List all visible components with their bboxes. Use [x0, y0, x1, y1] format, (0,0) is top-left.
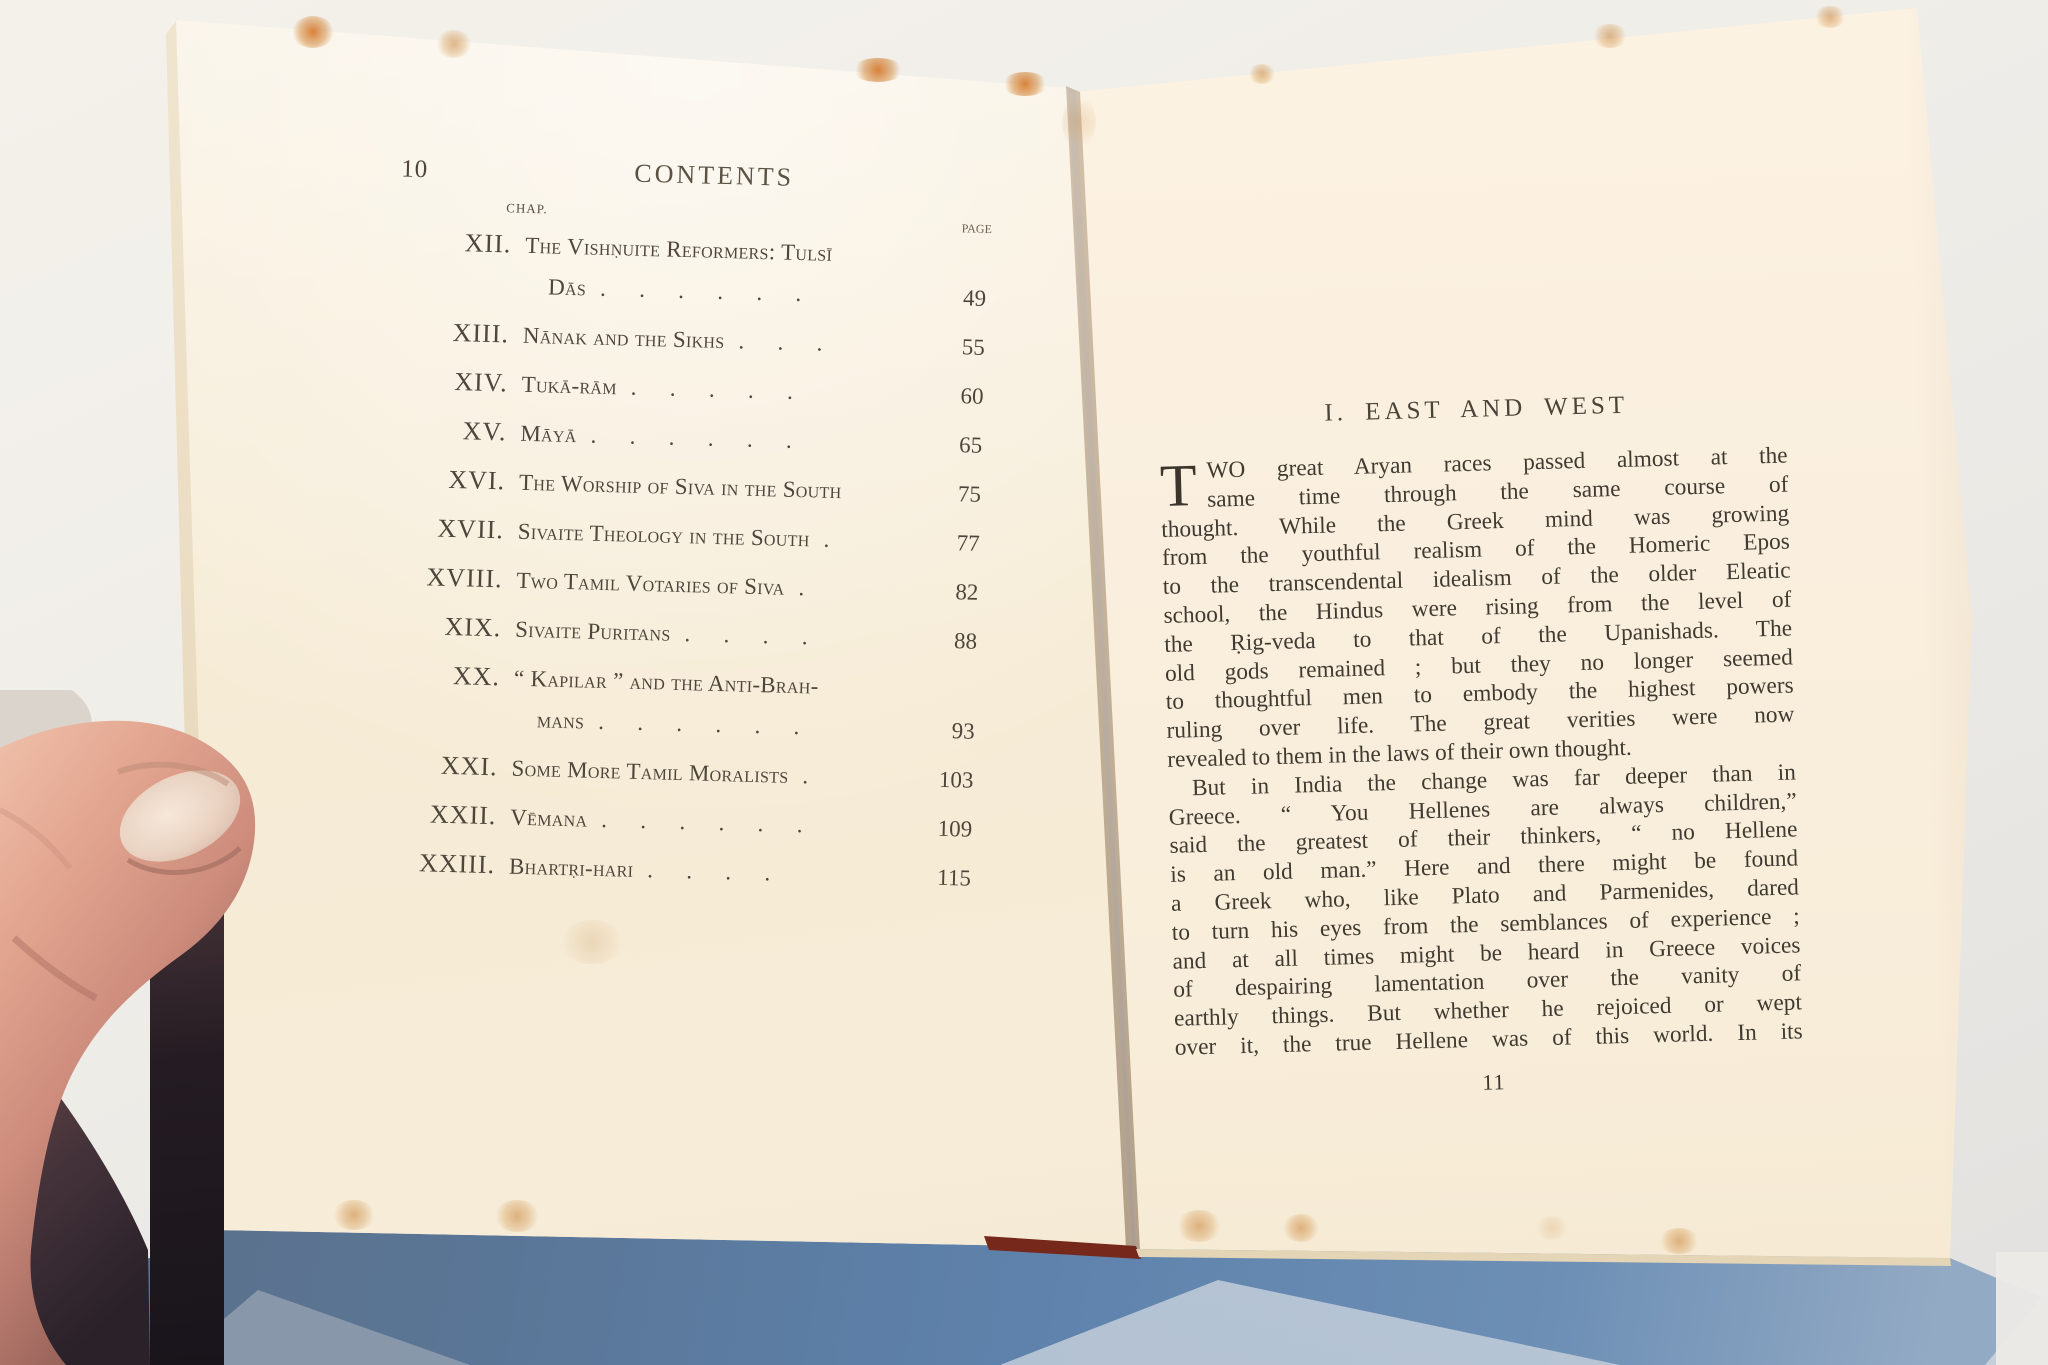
foxing-spot — [292, 16, 334, 48]
foxing-spot — [1592, 24, 1628, 48]
paragraph-2: But in India the change was far deeper t… — [1168, 758, 1803, 1062]
left-page-content: 10 CONTENTS CHAP. PAGE XII. The Vishṇuit… — [169, 138, 1030, 980]
toc-entry-page: 55 — [928, 330, 985, 363]
wall-light-band — [1996, 1252, 2048, 1365]
foxing-spot — [1658, 1228, 1700, 1254]
toc-entry-title: The Vishṇuite Reformers: Tulsī — [525, 230, 932, 273]
toc-dot-leader: . — [809, 526, 830, 552]
toc-entry-page: 103 — [917, 763, 974, 796]
toc-entry-page: 75 — [925, 477, 982, 510]
toc-entry-title: Sivaite Puritans. . . . — [515, 614, 922, 657]
toc-row: XXII. Vēmana. . . . . . 109 — [360, 797, 973, 846]
toc-row: XIV. Tukā-rām. . . . . 60 — [371, 364, 984, 413]
toc-entry-page: 115 — [914, 861, 971, 894]
toc-entry-number: XIX. — [365, 609, 516, 645]
thumb — [0, 690, 290, 1365]
toc-entry-number — [363, 723, 513, 727]
foxing-spot — [1002, 72, 1048, 96]
page-column-label: PAGE — [932, 220, 992, 237]
drop-cap: T — [1159, 457, 1207, 511]
toc-entry-number: XV. — [370, 413, 521, 449]
foxing-spot — [1062, 96, 1096, 148]
toc-dot-leader: . . . . — [633, 857, 771, 886]
toc-dot-leader: . . . . . . — [586, 275, 802, 306]
right-page-content: I. EAST AND WEST T WO great Aryan races … — [1158, 387, 1824, 1103]
toc-entry-title: Vēmana. . . . . . — [510, 802, 917, 845]
toc-entry-page — [920, 696, 976, 697]
toc-entry-number: XII. — [375, 225, 526, 261]
toc-entry-page: 60 — [927, 379, 984, 412]
toc-dot-leader: . . . . . . — [587, 807, 803, 838]
photo-open-book: 10 CONTENTS CHAP. PAGE XII. The Vishṇuit… — [0, 0, 2048, 1365]
toc-row: XII. The Vishṇuite Reformers: Tulsī — [375, 225, 988, 274]
table-of-contents: XII. The Vishṇuite Reformers: Tulsī Dās.… — [358, 225, 987, 911]
toc-row: XIII. Nānak and the Sikhs. . . 55 — [373, 315, 986, 364]
toc-entry-number: XIV. — [371, 364, 522, 400]
toc-entry-number: XVIII. — [366, 560, 517, 596]
toc-entry-title: Māyā. . . . . . — [520, 418, 927, 461]
toc-entry-page: 109 — [916, 812, 973, 845]
toc-entry-title: The Worship of Siva in the South — [519, 467, 926, 510]
foxing-spot — [852, 58, 904, 82]
toc-dot-leader — [841, 478, 856, 503]
paragraph-1: T WO great Aryan races passed almost at … — [1159, 442, 1795, 775]
toc-entry-number: XX. — [364, 658, 515, 694]
foxing-spot — [1282, 1214, 1320, 1242]
toc-entry-number — [374, 290, 524, 294]
toc-row: XVIII. Two Tamil Votaries of Siva. 82 — [366, 560, 979, 609]
toc-entry-number: XVI. — [369, 462, 520, 498]
toc-entry-page: 65 — [926, 428, 983, 461]
toc-entry-number: XIII. — [373, 315, 524, 351]
toc-entry-number: XXII. — [360, 797, 511, 833]
toc-dot-leader — [832, 241, 847, 266]
toc-entry-page: 82 — [922, 575, 979, 608]
toc-entry-number: XVII. — [367, 511, 518, 547]
toc-row: XIX. Sivaite Puritans. . . . 88 — [365, 609, 978, 658]
toc-row: mans. . . . . . 93 — [363, 700, 976, 748]
toc-dot-leader: . . . . — [670, 621, 808, 650]
toc-row: Dās. . . . . . 49 — [374, 267, 987, 315]
toc-row: XXIII. Bhartṛi-hari. . . . 115 — [359, 846, 972, 895]
chap-column-label: CHAP. — [506, 200, 548, 217]
toc-entry-page: 77 — [923, 526, 980, 559]
chapter-body: T WO great Aryan races passed almost at … — [1159, 442, 1803, 1063]
toc-dot-leader — [818, 674, 833, 699]
toc-row: XV. Māyā. . . . . . 65 — [370, 413, 983, 462]
toc-entry-title: Dās. . . . . . — [524, 271, 931, 314]
toc-row: XXI. Some More Tamil Moralists. 103 — [361, 748, 974, 797]
toc-dot-leader: . — [784, 575, 805, 601]
toc-row: XX. “ Kapilar ” and the Anti-Brah- — [364, 658, 977, 707]
foxing-spot — [1814, 6, 1846, 28]
foxing-spot — [1248, 64, 1276, 84]
foxing-spot — [332, 1200, 376, 1230]
toc-row: XVII. Sivaite Theology in the South. 77 — [367, 511, 980, 560]
contents-heading: CONTENTS — [509, 155, 920, 196]
toc-entry-number: XXI. — [361, 748, 512, 784]
toc-entry-title: Tukā-rām. . . . . — [521, 369, 928, 412]
toc-entry-title: mans. . . . . . — [512, 704, 919, 747]
left-folio: 10 — [401, 156, 429, 185]
toc-entry-page: 88 — [921, 624, 978, 657]
foxing-spot — [494, 1200, 540, 1232]
toc-row: XVI. The Worship of Siva in the South 75 — [369, 462, 982, 511]
toc-entry-page — [931, 263, 987, 264]
foxing-spot — [436, 30, 472, 58]
toc-dot-leader: . . . . . . — [584, 709, 800, 740]
toc-entry-title: “ Kapilar ” and the Anti-Brah- — [514, 663, 921, 706]
toc-dot-leader: . — [788, 763, 809, 789]
toc-entry-title: Nānak and the Sikhs. . . — [523, 320, 930, 363]
toc-dot-leader: . . . . . — [617, 374, 794, 404]
toc-entry-page: 49 — [930, 281, 987, 314]
toc-entry-title: Bhartṛi-hari. . . . — [509, 851, 916, 894]
foxing-spot — [1536, 1216, 1568, 1240]
toc-entry-number: XXIII. — [359, 846, 510, 882]
toc-entry-title: Sivaite Theology in the South. — [517, 516, 924, 559]
toc-entry-page: 93 — [918, 714, 975, 747]
foxing-spot — [1176, 1210, 1222, 1242]
toc-dot-leader: . . . . . . — [576, 422, 792, 453]
toc-entry-title: Some More Tamil Moralists. — [511, 753, 918, 796]
toc-entry-title: Two Tamil Votaries of Siva. — [516, 565, 923, 608]
toc-dot-leader: . . . — [724, 328, 823, 356]
